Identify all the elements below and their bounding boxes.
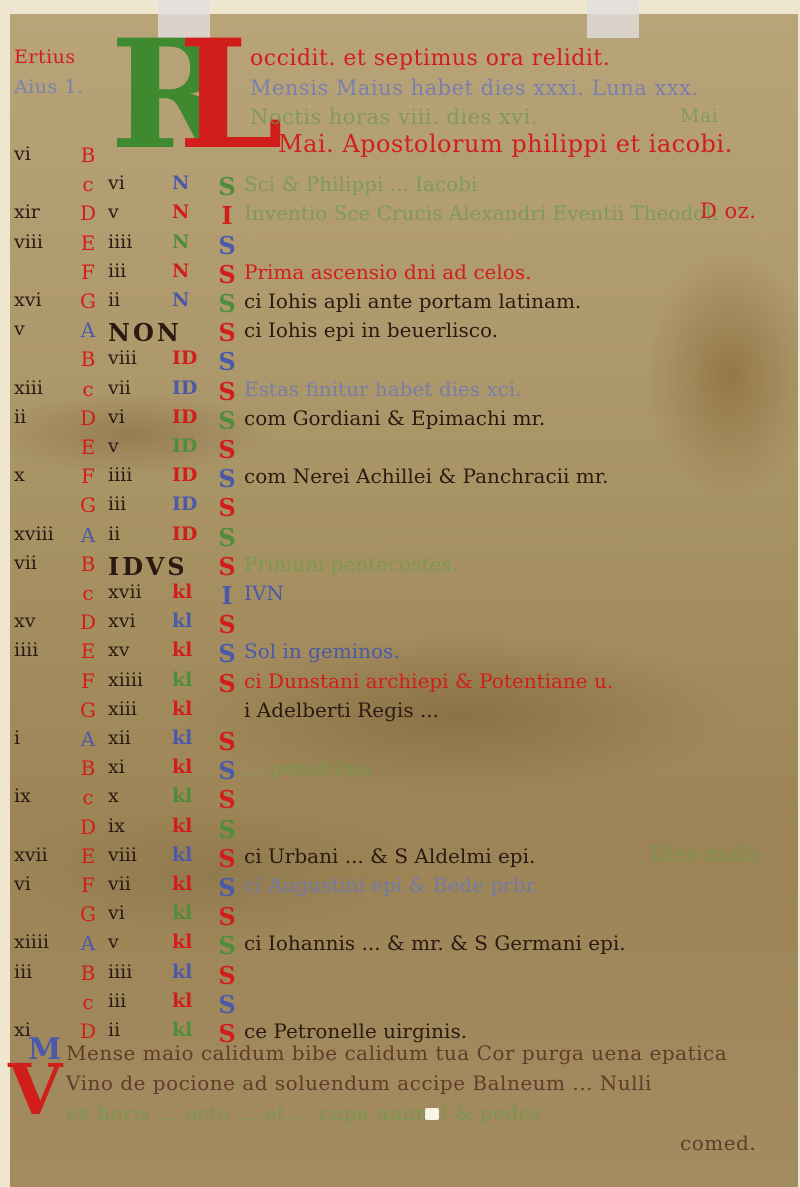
day-count: xiiii (108, 669, 178, 691)
reckoning-mark: ID (172, 406, 214, 428)
dominical-letter: c (76, 990, 100, 1014)
reckoning-mark: ID (172, 435, 214, 457)
reckoning-mark: kl (172, 815, 214, 837)
reckoning-mark: kl (172, 1019, 214, 1041)
golden-number: xiii (14, 377, 74, 399)
calendar-row: iAxiiklS (0, 727, 800, 755)
calendar-row: iiDviIDScom Gordiani & Epimachi mr. (0, 406, 800, 434)
reckoning-mark: kl (172, 873, 214, 895)
dominical-letter: A (76, 931, 100, 955)
day-count: iii (108, 990, 178, 1012)
reckoning-mark: kl (172, 961, 214, 983)
feast-entry: Sci & Philippi ... Iacobi (244, 172, 477, 196)
day-count: x (108, 785, 178, 807)
feast-entry: ci Iohis epi in beuerlisco. (244, 318, 498, 342)
golden-number: vii (14, 552, 74, 574)
calendar-row: viFviiklSci Augustini epi & Bede prbr. (0, 873, 800, 901)
day-count: iii (108, 260, 178, 282)
s-mark: S (214, 990, 240, 1019)
feast-entry: ci Urbani ... & S Aldelmi epi. (244, 844, 535, 868)
s-mark: S (214, 435, 240, 464)
reckoning-mark: ID (172, 377, 214, 399)
s-mark: S (214, 172, 240, 201)
golden-number: iiii (14, 639, 74, 661)
reckoning-mark: N (172, 289, 214, 311)
reckoning-mark: ID (172, 464, 214, 486)
reckoning-mark: kl (172, 698, 214, 720)
s-mark: S (214, 815, 240, 844)
s-mark: S (214, 523, 240, 552)
dominical-letter: A (76, 727, 100, 751)
golden-number: xvii (14, 844, 74, 866)
golden-number: xvi (14, 289, 74, 311)
calendar-row: cxviiklIIVN (0, 581, 800, 609)
calendar-row: GviklS (0, 902, 800, 930)
reckoning-mark: kl (172, 785, 214, 807)
reckoning-mark: kl (172, 610, 214, 632)
reckoning-mark: kl (172, 727, 214, 749)
calendar-row: viiBIDVSSPrimum pentecostes. (0, 552, 800, 580)
calendar-row: ciiiklS (0, 990, 800, 1018)
reckoning-mark: ID (172, 523, 214, 545)
day-count: v (108, 201, 178, 223)
calendar-row: GiiiIDS (0, 493, 800, 521)
footer-line: ex horis ... octo ... et ... capa animal… (66, 1103, 542, 1123)
calendar-row: Gxiiikli Adelberti Regis ... (0, 698, 800, 726)
day-count: ii (108, 523, 178, 545)
dominical-letter: D (76, 1019, 100, 1043)
dominical-letter: A (76, 523, 100, 547)
golden-number: ix (14, 785, 74, 807)
calendar-row: xviiiAiiIDS (0, 523, 800, 551)
calendar-row: cviNSSci & Philippi ... Iacobi (0, 172, 800, 200)
dominical-letter: E (76, 639, 100, 663)
feast-entry: ... penultima (244, 756, 372, 780)
reckoning-mark: kl (172, 990, 214, 1012)
footer-line: comed. (680, 1133, 756, 1153)
dominical-letter: B (76, 552, 100, 576)
calendar-row: xviGiiNSci Iohis apli ante portam latina… (0, 289, 800, 317)
footer-line: Mense maio calidum bibe calidum tua Cor … (66, 1043, 727, 1063)
day-count: v (108, 435, 178, 457)
s-mark: S (214, 406, 240, 435)
reckoning-mark: kl (172, 756, 214, 778)
dominical-letter: B (76, 143, 100, 167)
golden-number: xv (14, 610, 74, 632)
s-mark: S (214, 756, 240, 785)
reckoning-mark: kl (172, 639, 214, 661)
feast-entry: IVN (244, 581, 284, 605)
feast-entry: com Nerei Achillei & Panchracii mr. (244, 464, 608, 488)
feast-entry: Prima ascensio dni ad celos. (244, 260, 531, 284)
day-count: vii (108, 377, 178, 399)
s-mark: S (214, 610, 240, 639)
dominical-letter: D (76, 815, 100, 839)
header-left-label: Ertius (14, 48, 76, 67)
calendar-row: viB (0, 143, 800, 171)
golden-number: iii (14, 961, 74, 983)
s-mark: I (214, 201, 240, 230)
calendar-row: xviiEviiiklSci Urbani ... & S Aldelmi ep… (0, 844, 800, 872)
feast-entry: Estas finitur habet dies xci. (244, 377, 522, 401)
s-mark: S (214, 318, 240, 347)
day-count: vi (108, 406, 178, 428)
golden-number: vi (14, 143, 74, 165)
dominical-letter: c (76, 581, 100, 605)
dominical-letter: D (76, 201, 100, 225)
feast-entry: Inventio Sce Crucis Alexandri Eventii Th… (244, 201, 718, 225)
initial-m: M (28, 1035, 61, 1065)
golden-number: xiiii (14, 931, 74, 953)
golden-number: ii (14, 406, 74, 428)
day-count: NON (108, 318, 178, 347)
reckoning-mark: ID (172, 347, 214, 369)
s-mark: S (214, 260, 240, 289)
day-count: iii (108, 493, 178, 515)
day-count: vi (108, 172, 178, 194)
s-mark: S (214, 231, 240, 260)
dominical-letter: F (76, 464, 100, 488)
dominical-letter: c (76, 785, 100, 809)
dominical-letter: E (76, 844, 100, 868)
reckoning-mark: N (172, 260, 214, 282)
reckoning-mark: ID (172, 493, 214, 515)
s-mark: S (214, 347, 240, 376)
reckoning-mark: kl (172, 902, 214, 924)
footer-line: Vino de pocione ad soluendum accipe Baln… (66, 1073, 652, 1093)
calendar-row: FxiiiiklSci Dunstani archiepi & Potentia… (0, 669, 800, 697)
day-count: v (108, 931, 178, 953)
day-count: xiii (108, 698, 178, 720)
header-line: Noctis horas viii. dies xvi. (250, 107, 538, 128)
s-mark: S (214, 377, 240, 406)
s-mark: S (214, 873, 240, 902)
dominical-letter: E (76, 435, 100, 459)
reckoning-mark: kl (172, 669, 214, 691)
calendar-row: xvDxviklS (0, 610, 800, 638)
day-count: xvi (108, 610, 178, 632)
dominical-letter: G (76, 289, 100, 313)
dominical-letter: B (76, 756, 100, 780)
calendar-row: BviiiIDS (0, 347, 800, 375)
dominical-letter: G (76, 698, 100, 722)
dominical-letter: G (76, 902, 100, 926)
dominical-letter: B (76, 961, 100, 985)
feast-entry: ci Iohannis ... & mr. & S Germani epi. (244, 931, 626, 955)
dominical-letter: A (76, 318, 100, 342)
feast-entry: ci Augustini epi & Bede prbr. (244, 873, 539, 897)
header-line: occidit. et septimus ora relidit. (250, 48, 610, 70)
day-count: ii (108, 289, 178, 311)
s-mark: S (214, 902, 240, 931)
feast-entry: Primum pentecostes. (244, 552, 458, 576)
dominical-letter: F (76, 260, 100, 284)
reckoning-mark: kl (172, 844, 214, 866)
day-count: ii (108, 1019, 178, 1041)
golden-number: viii (14, 231, 74, 253)
golden-number: xir (14, 201, 74, 223)
day-count: xvii (108, 581, 178, 603)
reckoning-mark: kl (172, 931, 214, 953)
golden-number: vi (14, 873, 74, 895)
day-count: iiii (108, 961, 178, 983)
reckoning-mark: N (172, 231, 214, 253)
dominical-letter: c (76, 377, 100, 401)
calendar-row: viiiEiiiiNS (0, 231, 800, 259)
s-mark: S (214, 552, 240, 581)
header-margin-note: Mai (680, 107, 718, 126)
calendar-row: xiiiiAvklSci Iohannis ... & mr. & S Germ… (0, 931, 800, 959)
dominical-letter: E (76, 231, 100, 255)
reckoning-mark: N (172, 172, 214, 194)
dominical-letter: D (76, 406, 100, 430)
header-left-label: Aius 1. (14, 78, 83, 97)
day-count: xii (108, 727, 178, 749)
s-mark: S (214, 961, 240, 990)
s-mark: S (214, 493, 240, 522)
golden-number: xviii (14, 523, 74, 545)
s-mark: S (214, 844, 240, 873)
feast-entry: ci Dunstani archiepi & Potentiane u. (244, 669, 613, 693)
calendar-row: xirDvNIInventio Sce Crucis Alexandri Eve… (0, 201, 800, 229)
s-mark: S (214, 464, 240, 493)
feast-entry: ce Petronelle uirginis. (244, 1019, 467, 1043)
dominical-letter: D (76, 610, 100, 634)
s-mark: S (214, 289, 240, 318)
day-count: vii (108, 873, 178, 895)
calendar-row: FiiiNSPrima ascensio dni ad celos. (0, 260, 800, 288)
day-count: viii (108, 844, 178, 866)
day-count: IDVS (108, 552, 178, 581)
parchment-hole (425, 1108, 439, 1120)
dominical-letter: c (76, 172, 100, 196)
calendar-row: ixcxklS (0, 785, 800, 813)
s-mark: I (214, 581, 240, 610)
s-mark: S (214, 669, 240, 698)
golden-number: i (14, 727, 74, 749)
conservation-tape (587, 0, 639, 38)
dominical-letter: F (76, 669, 100, 693)
calendar-row: xiiicviiIDSEstas finitur habet dies xci. (0, 377, 800, 405)
dominical-letter: G (76, 493, 100, 517)
feast-entry: ci Iohis apli ante portam latinam. (244, 289, 581, 313)
reckoning-mark: kl (172, 581, 214, 603)
calendar-row: BxiklS... penultima (0, 756, 800, 784)
s-mark: S (214, 785, 240, 814)
feast-entry: Sol in geminos. (244, 639, 400, 663)
golden-number: x (14, 464, 74, 486)
calendar-row: vANONSci Iohis epi in beuerlisco. (0, 318, 800, 346)
reckoning-mark: N (172, 201, 214, 223)
s-mark: S (214, 931, 240, 960)
feast-entry: i Adelberti Regis ... (244, 698, 439, 722)
day-count: vi (108, 902, 178, 924)
s-mark: S (214, 727, 240, 756)
golden-number: v (14, 318, 74, 340)
feast-entry: com Gordiani & Epimachi mr. (244, 406, 545, 430)
calendar-row: xFiiiiIDScom Nerei Achillei & Panchracii… (0, 464, 800, 492)
dominical-letter: B (76, 347, 100, 371)
s-mark: S (214, 639, 240, 668)
calendar-row: iiiiExvklSSol in geminos. (0, 639, 800, 667)
calendar-row: EvIDS (0, 435, 800, 463)
day-count: xv (108, 639, 178, 661)
day-count: iiii (108, 464, 178, 486)
dominical-letter: F (76, 873, 100, 897)
margin-note: Dies mala (650, 844, 760, 865)
margin-note: D oz. (700, 201, 756, 222)
day-count: viii (108, 347, 178, 369)
calendar-row: iiiBiiiiklS (0, 961, 800, 989)
day-count: xi (108, 756, 178, 778)
calendar-row: DixklS (0, 815, 800, 843)
day-count: iiii (108, 231, 178, 253)
header-line: Mensis Maius habet dies xxxi. Luna xxx. (250, 78, 699, 99)
day-count: ix (108, 815, 178, 837)
